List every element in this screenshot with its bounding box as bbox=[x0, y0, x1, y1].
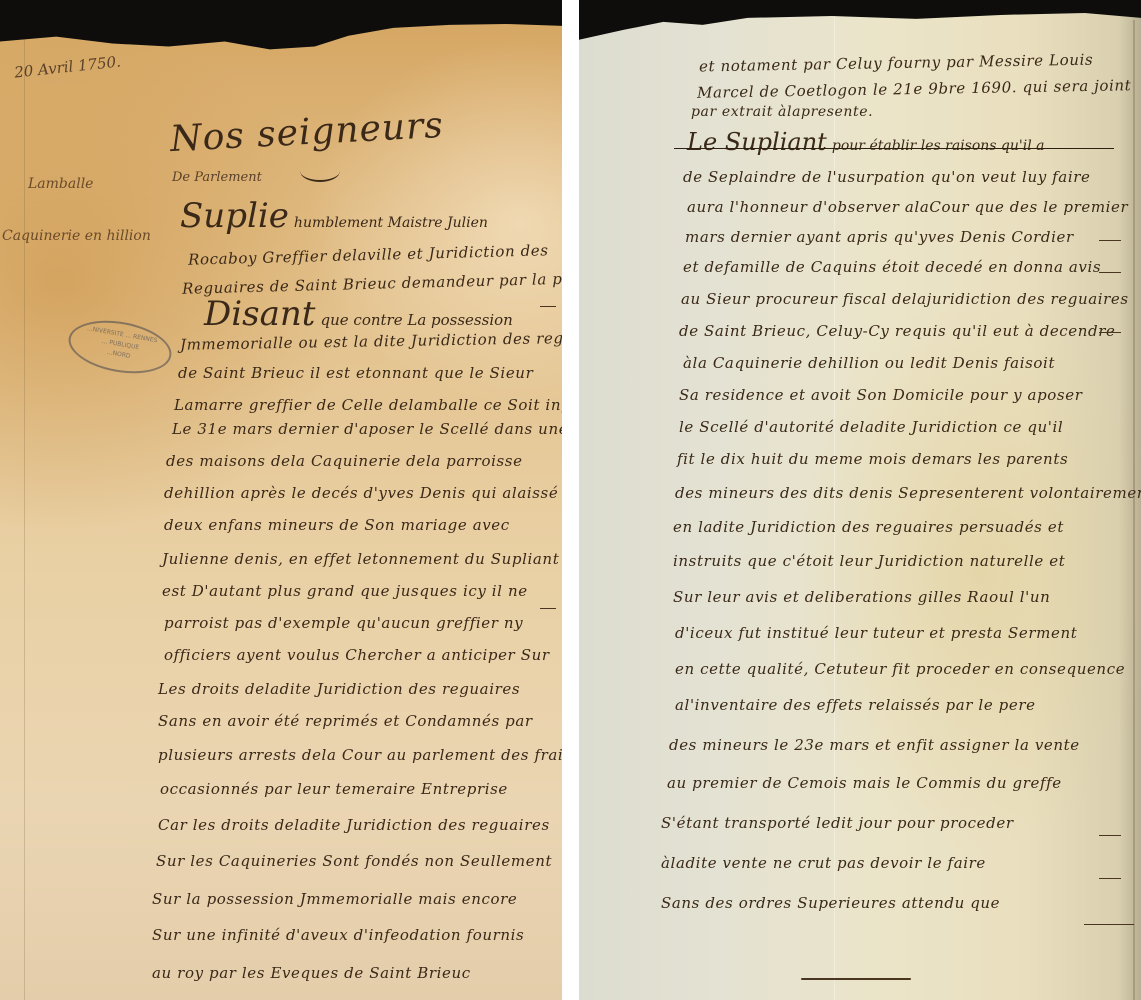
manuscript-line: Lamarre greffier de Celle delamballe ce … bbox=[174, 396, 562, 414]
margin-note-place: Lamballe bbox=[28, 176, 93, 192]
closing-flourish bbox=[801, 978, 911, 980]
manuscript-line: des mineurs des dits denis Sepresenteren… bbox=[675, 484, 1141, 502]
manuscript-line: deux enfans mineurs de Son mariage avec bbox=[164, 516, 510, 534]
line-end-dash bbox=[1099, 878, 1121, 879]
manuscript-line: Le Supliant pour établir les raisons qu'… bbox=[687, 128, 1045, 156]
manuscript-line: Sa residence et avoit Son Domicile pour … bbox=[679, 386, 1082, 404]
manuscript-line: de Seplaindre de l'usurpation qu'on veut… bbox=[683, 168, 1091, 186]
manuscript-line: àladite vente ne crut pas devoir le fair… bbox=[661, 854, 986, 872]
manuscript-line: mars dernier ayant apris qu'yves Denis C… bbox=[685, 228, 1074, 246]
heading-flourish bbox=[300, 160, 340, 182]
manuscript-line: des maisons dela Caquinerie dela parrois… bbox=[166, 452, 523, 470]
margin-note-subject: Caquinerie en hillion bbox=[2, 228, 151, 244]
line-text: pour établir les raisons qu'il a bbox=[832, 138, 1045, 154]
initial-word: Suplie bbox=[180, 196, 289, 236]
manuscript-line: aura l'honneur d'observer alaCour que de… bbox=[687, 198, 1128, 216]
manuscript-line: occasionnés par leur temeraire Entrepris… bbox=[160, 780, 508, 798]
line-end-dash bbox=[1084, 924, 1134, 925]
line-end-dash bbox=[1099, 240, 1121, 241]
line-end-dash bbox=[1099, 332, 1121, 333]
manuscript-line: au premier de Cemois mais le Commis du g… bbox=[667, 774, 1062, 792]
manuscript-line: instruits que c'étoit leur Juridiction n… bbox=[673, 552, 1065, 570]
manuscript-line: Car les droits deladite Juridiction des … bbox=[158, 816, 550, 834]
page-fold-edge bbox=[1133, 20, 1135, 1000]
manuscript-line: officiers ayent voulus Chercher a antici… bbox=[164, 646, 550, 664]
line-text: que contre La possession bbox=[321, 311, 513, 329]
line-end-dash bbox=[540, 306, 556, 307]
right-manuscript-photo: et notament par Celuy fourny par Messire… bbox=[579, 0, 1141, 1000]
manuscript-line: plusieurs arrests dela Cour au parlement… bbox=[158, 746, 562, 764]
manuscript-line: de Saint Brieuc, Celuy-Cy requis qu'il e… bbox=[679, 322, 1116, 340]
initial-word: Disant bbox=[204, 294, 315, 334]
manuscript-line: Le 31e mars dernier d'aposer le Scellé d… bbox=[172, 420, 562, 438]
manuscript-line: Disant que contre La possession bbox=[204, 294, 513, 334]
manuscript-line: fit le dix huit du meme mois demars les … bbox=[677, 450, 1068, 468]
manuscript-line: en cette qualité, Cetuteur fit proceder … bbox=[675, 660, 1125, 678]
line-end-dash bbox=[540, 608, 556, 609]
manuscript-line: parroist pas d'exemple qu'aucun greffier… bbox=[164, 614, 523, 632]
manuscript-line: Sans des ordres Superieures attendu que bbox=[661, 894, 1000, 912]
manuscript-line: est D'autant plus grand que jusques icy … bbox=[162, 582, 528, 600]
manuscript-line: le Scellé d'autorité deladite Juridictio… bbox=[679, 418, 1063, 436]
right-paper-sheet bbox=[579, 10, 1141, 1000]
manuscript-line: Sur une infinité d'aveux d'infeodation f… bbox=[152, 926, 524, 944]
manuscript-line: de Saint Brieuc il est etonnant que le S… bbox=[178, 364, 533, 382]
manuscript-line: en ladite Juridiction des reguaires pers… bbox=[673, 518, 1064, 536]
paragraph-underline bbox=[674, 148, 1114, 149]
manuscript-line: Sur leur avis et deliberations gilles Ra… bbox=[673, 588, 1050, 606]
manuscript-line: au Sieur procureur fiscal delajuridictio… bbox=[681, 290, 1129, 308]
manuscript-line: al'inventaire des effets relaissés par l… bbox=[675, 696, 1036, 714]
line-end-dash bbox=[1099, 835, 1121, 836]
manuscript-line: par extrait àlapresente. bbox=[691, 104, 873, 120]
salutation-subheading: De Parlement bbox=[172, 170, 262, 185]
manuscript-line: Julienne denis, en effet letonnement du … bbox=[162, 550, 559, 568]
left-manuscript-photo: 20 Avril 1750. Nos seigneurs De Parlemen… bbox=[0, 0, 562, 1000]
manuscript-line: et defamille de Caquins étoit decedé en … bbox=[683, 258, 1101, 276]
manuscript-line: d'iceux fut institué leur tuteur et pres… bbox=[675, 624, 1077, 642]
paper-crease bbox=[24, 22, 25, 1000]
manuscript-line: Sur la possession Jmmemorialle mais enco… bbox=[152, 890, 517, 908]
manuscript-line: Suplie humblement Maistre Julien bbox=[180, 196, 488, 236]
manuscript-line: dehillion après le decés d'yves Denis qu… bbox=[164, 484, 558, 502]
manuscript-line: àla Caquinerie dehillion ou ledit Denis … bbox=[683, 354, 1055, 372]
manuscript-line: Sur les Caquineries Sont fondés non Seul… bbox=[156, 852, 552, 870]
line-text: humblement Maistre Julien bbox=[294, 215, 488, 231]
paper-crease bbox=[834, 10, 835, 1000]
manuscript-line: des mineurs le 23e mars et enfit assigne… bbox=[669, 736, 1080, 754]
manuscript-line: Sans en avoir été reprimés et Condamnés … bbox=[158, 712, 533, 730]
manuscript-line: au roy par les Eveques de Saint Brieuc bbox=[152, 964, 471, 982]
initial-word: Le Supliant bbox=[687, 128, 827, 156]
manuscript-line: S'étant transporté ledit jour pour proce… bbox=[661, 814, 1014, 832]
manuscript-line: Les droits deladite Juridiction des regu… bbox=[158, 680, 520, 698]
line-end-dash bbox=[1099, 272, 1121, 273]
